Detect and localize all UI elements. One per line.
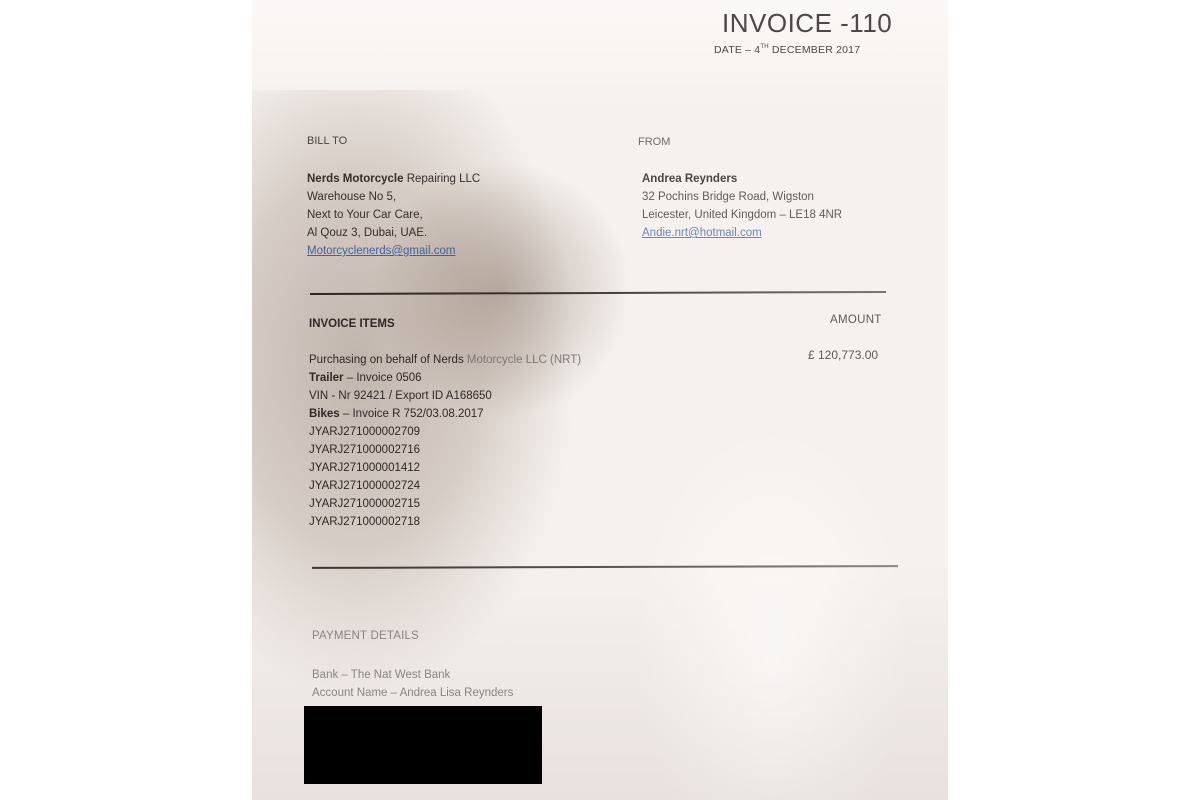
redaction-box (304, 706, 542, 784)
payment-details-block: Bank – The Nat West Bank Account Name – … (312, 666, 513, 702)
item-bikes: Bikes – Invoice R 752/03.08.2017 (309, 405, 581, 423)
date-prefix: DATE – 4 (714, 44, 760, 56)
item-bikes-bold: Bikes (309, 408, 340, 420)
photo-highlight (632, 420, 912, 800)
vin-number: JYARJ271000001412 (309, 459, 581, 477)
from-address-line: 32 Pochins Bridge Road, Wigston (642, 188, 842, 206)
vin-number: JYARJ271000002718 (309, 513, 581, 531)
amount-value: £ 120,773.00 (808, 348, 878, 362)
date-rest: DECEMBER 2017 (769, 44, 861, 56)
bill-to-address-line: Warehouse No 5, (307, 188, 480, 206)
from-name: Andrea Reynders (642, 170, 842, 188)
invoice-title: INVOICE -110 (722, 8, 892, 39)
invoice-items-list: Purchasing on behalf of Nerds Motorcycle… (309, 351, 581, 531)
bill-to-email-link[interactable]: Motorcyclenerds@gmail.com (307, 242, 480, 260)
invoice-date: DATE – 4TH DECEMBER 2017 (714, 44, 860, 56)
payment-details-header: PAYMENT DETAILS (312, 630, 419, 642)
divider (312, 565, 898, 569)
vin-number: JYARJ271000002724 (309, 477, 581, 495)
bill-to-company-rest: Repairing LLC (404, 173, 481, 185)
item-description-dim: Motorcycle LLC (NRT) (464, 354, 581, 366)
bill-to-label: BILL TO (307, 135, 347, 147)
vin-number: JYARJ271000002716 (309, 441, 581, 459)
bill-to-block: Nerds Motorcycle Repairing LLC Warehouse… (307, 170, 480, 260)
divider (310, 291, 886, 295)
from-email-link[interactable]: Andie.nrt@hotmail.com (642, 224, 842, 242)
from-label: FROM (638, 136, 670, 148)
invoice-items-header: INVOICE ITEMS (309, 318, 395, 330)
item-bikes-rest: – Invoice R 752/03.08.2017 (340, 408, 484, 420)
bill-to-company: Nerds Motorcycle Repairing LLC (307, 170, 480, 188)
from-address-line: Leicester, United Kingdom – LE18 4NR (642, 206, 842, 224)
amount-header: AMOUNT (830, 314, 882, 326)
date-ordinal: TH (760, 44, 768, 50)
from-block: Andrea Reynders 32 Pochins Bridge Road, … (642, 170, 842, 242)
bill-to-address-line: Al Qouz 3, Dubai, UAE. (307, 224, 480, 242)
payment-account-name: Account Name – Andrea Lisa Reynders (312, 684, 513, 702)
item-trailer-bold: Trailer (309, 372, 344, 384)
item-trailer: Trailer – Invoice 0506 (309, 369, 581, 387)
payment-bank: Bank – The Nat West Bank (312, 666, 513, 684)
item-vin-export: VIN - Nr 92421 / Export ID A168650 (309, 387, 581, 405)
bill-to-company-bold: Nerds Motorcycle (307, 173, 404, 185)
item-trailer-rest: – Invoice 0506 (344, 372, 422, 384)
bill-to-address-line: Next to Your Car Care, (307, 206, 480, 224)
item-description: Purchasing on behalf of Nerds Motorcycle… (309, 351, 581, 369)
vin-number: JYARJ271000002715 (309, 495, 581, 513)
invoice-paper: INVOICE -110 DATE – 4TH DECEMBER 2017 BI… (252, 0, 948, 800)
item-description-main: Purchasing on behalf of Nerds (309, 354, 464, 366)
vin-number: JYARJ271000002709 (309, 423, 581, 441)
